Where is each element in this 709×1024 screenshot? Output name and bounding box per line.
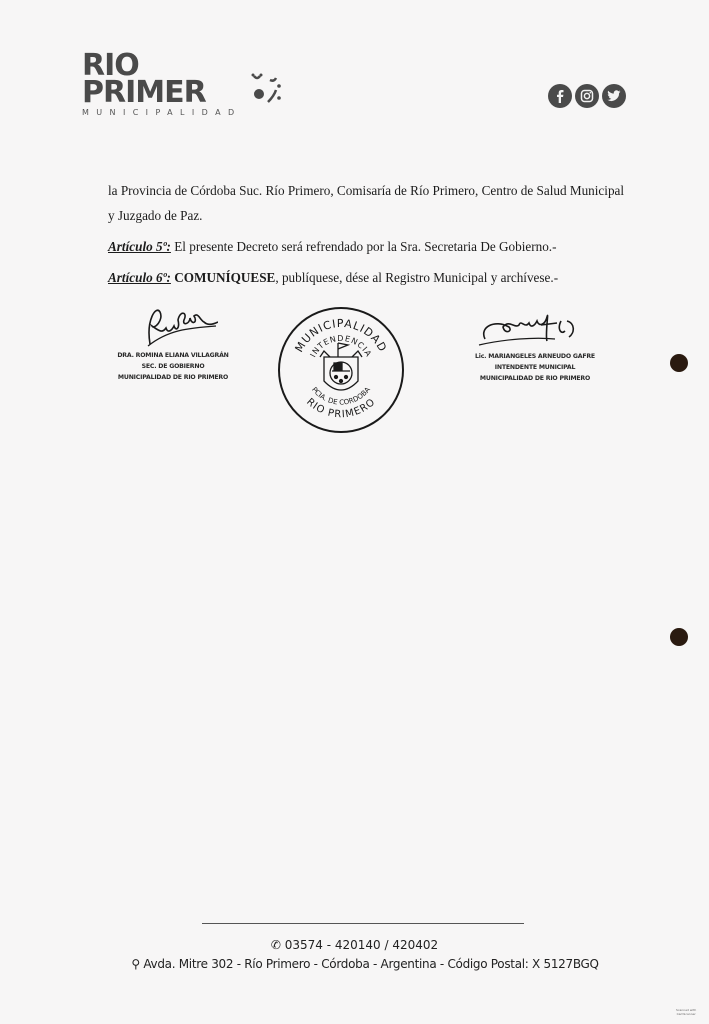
handwritten-signature-icon	[128, 300, 218, 350]
phone-icon: ✆	[271, 938, 281, 952]
signature-secretary: DRA. ROMINA ELIANA VILLAGRÁN SEC. DE GOB…	[98, 300, 248, 383]
official-seal: MUNICIPALIDAD INTENDENCIA PCIA. DE CORDO…	[276, 305, 406, 435]
binder-hole-top	[670, 354, 688, 372]
signer-name: DRA. ROMINA ELIANA VILLAGRÁN	[98, 350, 248, 361]
scanner-watermark: Scanned with CamScanner	[676, 1008, 696, 1016]
signer-role: SEC. DE GOBIERNO	[98, 361, 248, 372]
svg-text:INTENDENCIA: INTENDENCIA	[308, 334, 373, 359]
article-bold-lead: COMUNÍQUESE	[171, 270, 275, 285]
location-pin-icon: ⚲	[131, 957, 140, 971]
footer-address: ⚲ Avda. Mitre 302 - Río Primero - Córdob…	[0, 957, 709, 971]
binder-hole-bottom	[670, 628, 688, 646]
handwritten-signature-icon	[475, 305, 595, 351]
municipality-logo: RIO PRIMER MUNICIPALIDAD	[82, 52, 242, 117]
continuation-paragraph: la Provincia de Córdoba Suc. Río Primero…	[108, 178, 628, 228]
article-5: Artículo 5º: El presente Decreto será re…	[108, 234, 628, 259]
article-text: El presente Decreto será refrendado por …	[171, 239, 557, 254]
article-label: Artículo 5º:	[108, 239, 171, 254]
article-6: Artículo 6º: COMUNÍQUESE, publíquese, dé…	[108, 265, 628, 290]
twitter-icon[interactable]	[602, 84, 626, 108]
signer-name: Lic. MARIANGELES ARNEUDO GAFRE	[450, 351, 620, 362]
logo-line2: PRIMER	[82, 79, 242, 106]
social-links	[548, 84, 626, 108]
logo-subtitle: MUNICIPALIDAD	[82, 108, 242, 117]
coat-of-arms-icon	[320, 343, 362, 390]
signer-org: MUNICIPALIDAD DE RIO PRIMERO	[98, 372, 248, 383]
facebook-icon[interactable]	[548, 84, 572, 108]
instagram-icon[interactable]	[575, 84, 599, 108]
footer-divider	[202, 923, 524, 924]
article-text: , publíquese, dése al Registro Municipal…	[275, 270, 558, 285]
signer-role: INTENDENTE MUNICIPAL	[450, 362, 620, 373]
footer-phone: ✆ 03574 - 420140 / 420402	[0, 938, 709, 952]
article-label: Artículo 6º:	[108, 270, 171, 285]
decree-body: la Provincia de Córdoba Suc. Río Primero…	[108, 178, 628, 290]
signature-mayor: Lic. MARIANGELES ARNEUDO GAFRE INTENDENT…	[450, 305, 620, 384]
seal-inner-text: INTENDENCIA	[308, 334, 373, 359]
signer-org: MUNICIPALIDAD DE RIO PRIMERO	[450, 373, 620, 384]
logo-burst-icon	[250, 72, 284, 108]
